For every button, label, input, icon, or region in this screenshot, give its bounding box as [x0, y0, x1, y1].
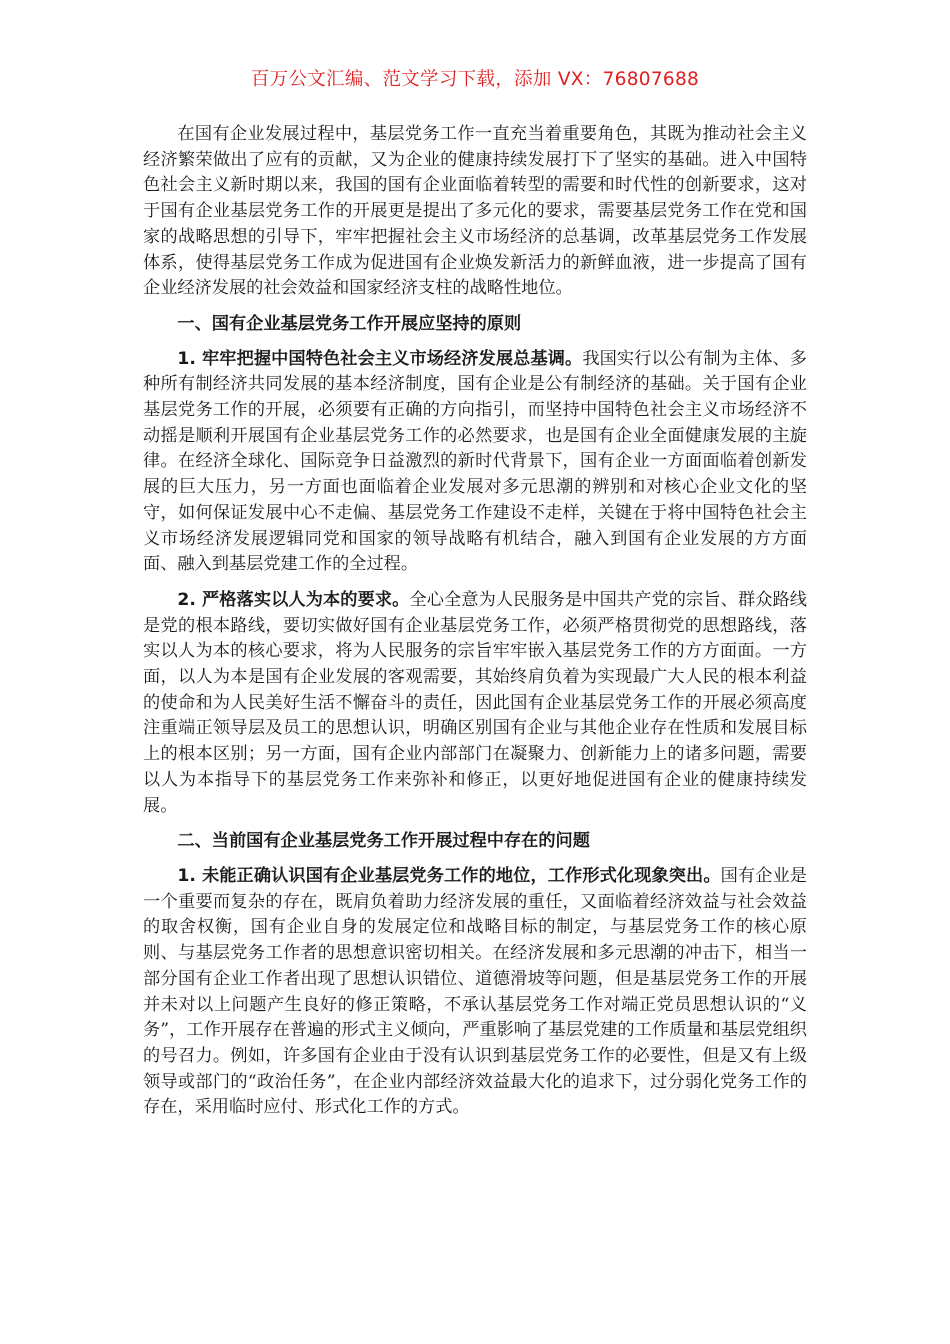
item-body: 国有企业是一个重要而复杂的存在，既肩负着助力经济发展的重任，又面临着经济效益与社… — [143, 866, 807, 1117]
section-1-item-2: 2. 严格落实以人为本的要求。全心全意为人民服务是中国共产党的宗旨、群众路线是党… — [143, 588, 807, 819]
section-heading-2: 二、当前国有企业基层党务工作开展过程中存在的问题 — [143, 829, 807, 855]
section-heading-1: 一、国有企业基层党务工作开展应坚持的原则 — [143, 312, 807, 338]
section-2-item-1: 1. 未能正确认识国有企业基层党务工作的地位，工作形式化现象突出。国有企业是一个… — [143, 864, 807, 1121]
promo-banner: 百万公文汇编、范文学习下载，添加 VX：76807688 — [0, 66, 950, 94]
item-lead: 2. 严格落实以人为本的要求。 — [177, 590, 409, 610]
intro-paragraph: 在国有企业发展过程中，基层党务工作一直充当着重要角色，其既为推动社会主义经济繁荣… — [143, 122, 807, 302]
item-body: 全心全意为人民服务是中国共产党的宗旨、群众路线是党的根本路线，要切实做好国有企业… — [143, 590, 807, 816]
document-page: 百万公文汇编、范文学习下载，添加 VX：76807688 在国有企业发展过程中，… — [0, 0, 950, 1344]
section-1-item-1: 1. 牢牢把握中国特色社会主义市场经济发展总基调。我国实行以公有制为主体、多种所… — [143, 347, 807, 578]
item-body: 我国实行以公有制为主体、多种所有制经济共同发展的基本经济制度，国有企业是公有制经… — [143, 349, 807, 575]
document-body: 在国有企业发展过程中，基层党务工作一直充当着重要角色，其既为推动社会主义经济繁荣… — [143, 122, 807, 1131]
item-lead: 1. 未能正确认识国有企业基层党务工作的地位，工作形式化现象突出。 — [177, 866, 720, 886]
item-lead: 1. 牢牢把握中国特色社会主义市场经济发展总基调。 — [177, 349, 582, 369]
